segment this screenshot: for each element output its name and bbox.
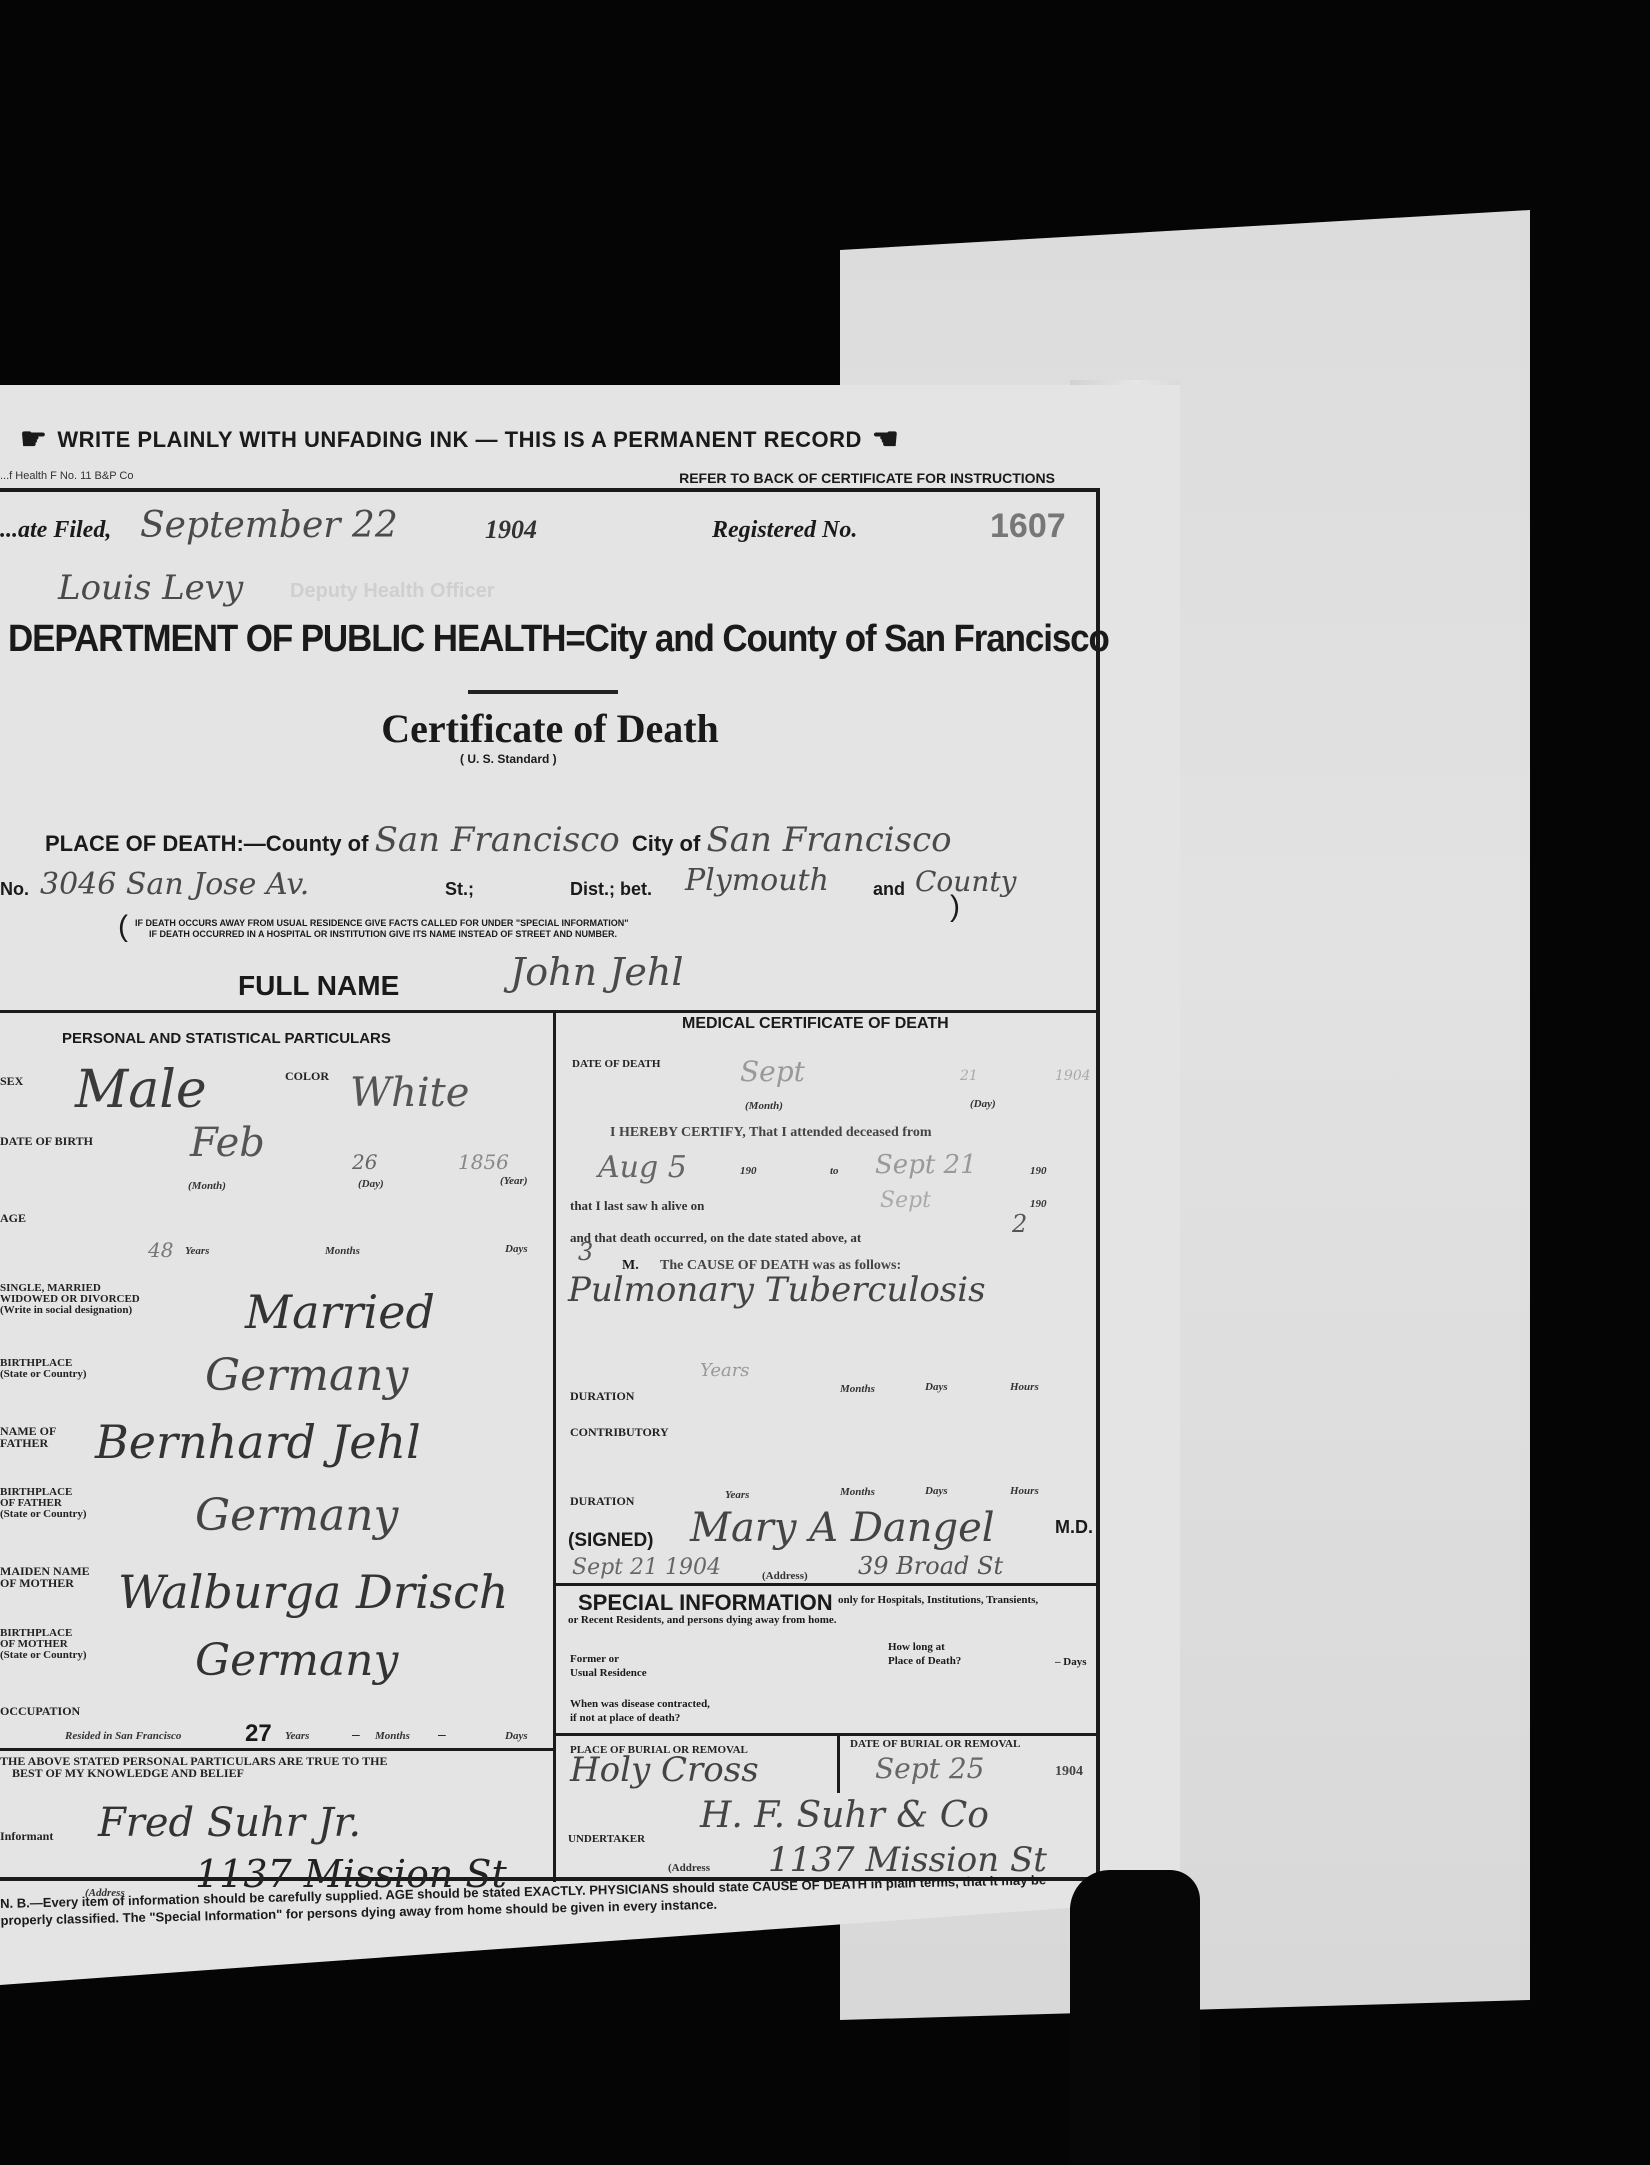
registered-label: Registered No.	[712, 517, 857, 544]
certify-text: I HEREBY CERTIFY, That I attended deceas…	[610, 1125, 932, 1141]
father-name-label: NAME OF FATHER	[0, 1425, 56, 1449]
department-title: DEPARTMENT OF PUBLIC HEALTH=City and Cou…	[8, 618, 1109, 661]
special-note-2: or Recent Residents, and persons dying a…	[568, 1614, 837, 1626]
special-note: only for Hospitals, Institutions, Transi…	[838, 1594, 1038, 1606]
city-label: City of	[632, 831, 700, 856]
physician-address-label: (Address)	[762, 1570, 808, 1582]
attended-to: Sept 21	[875, 1150, 977, 1180]
how-long-days: – Days	[1055, 1656, 1086, 1668]
death-occurred-text: and that death occurred, on the date sta…	[570, 1230, 861, 1246]
instruction-paren-right: )	[950, 890, 960, 924]
undertaker-label: UNDERTAKER	[568, 1833, 645, 1845]
duration-2-label: DURATION	[570, 1495, 634, 1507]
age-label: AGE	[0, 1212, 26, 1224]
attended-from-year-label: 190	[740, 1165, 757, 1177]
resided-months-caption: Months	[375, 1730, 410, 1742]
undertaker-value: H. F. Suhr & Co	[700, 1795, 989, 1836]
sex-value: Male	[75, 1060, 207, 1120]
death-hour: 2	[1012, 1210, 1027, 1238]
age-years-caption: Years	[185, 1245, 209, 1257]
title-rule	[468, 690, 618, 694]
refer-note: REFER TO BACK OF CERTIFICATE FOR INSTRUC…	[679, 470, 1055, 486]
burial-date-value: Sept 25	[875, 1752, 984, 1785]
instruction-paren-left: (	[118, 910, 128, 944]
sex-label: SEX	[0, 1075, 23, 1087]
father-name-value: Bernhard Jehl	[95, 1415, 421, 1469]
age-months-caption: Months	[325, 1245, 360, 1257]
age-days-caption: Days	[505, 1243, 528, 1255]
to-label: to	[830, 1165, 839, 1177]
date-filed-label: ...ate Filed,	[0, 517, 111, 544]
certificate-subtitle: ( U. S. Standard )	[460, 752, 557, 766]
duration-2-months-caption: Months	[840, 1486, 875, 1498]
sub-banner: ...f Health F No. 11 B&P Co REFER TO BAC…	[0, 468, 1080, 490]
color-value: White	[350, 1070, 469, 1116]
mother-birthplace-label: BIRTHPLACE OF MOTHER (State or Country)	[0, 1628, 87, 1661]
special-heading: SPECIAL INFORMATION	[578, 1590, 833, 1616]
duration-value: Years	[700, 1360, 750, 1381]
contracted-label: When was disease contracted, if not at p…	[570, 1697, 710, 1725]
county-value: San Francisco	[375, 820, 620, 860]
cause-of-death-value: Pulmonary Tuberculosis	[568, 1270, 986, 1310]
dob-label: DATE OF BIRTH	[0, 1135, 93, 1147]
residence-instructions: IF DEATH OCCURS AWAY FROM USUAL RESIDENC…	[135, 918, 629, 940]
dob-month-caption: (Month)	[188, 1180, 226, 1192]
resided-days-caption: Days	[505, 1730, 528, 1742]
city-value: San Francisco	[706, 820, 951, 860]
personal-heading: PERSONAL AND STATISTICAL PARTICULARS	[62, 1030, 391, 1047]
resided-months: –	[352, 1726, 360, 1742]
contributory-label: CONTRIBUTORY	[570, 1426, 669, 1438]
filed-by-signature: Louis Levy	[58, 568, 243, 608]
certificate-title: Certificate of Death	[360, 705, 740, 752]
burial-divider	[556, 1733, 1100, 1736]
dod-day: 21	[960, 1068, 978, 1084]
between-street-1: Plymouth	[685, 863, 829, 898]
age-years: 48	[148, 1238, 173, 1262]
resided-label: Resided in San Francisco	[65, 1730, 181, 1742]
between-street-2: County	[915, 865, 1016, 898]
death-hour-prefix: 3	[578, 1238, 593, 1266]
full-name-label: FULL NAME	[238, 970, 399, 1002]
burial-year: 1904	[1055, 1764, 1083, 1780]
dob-year: 1856	[458, 1150, 509, 1174]
dod-day-caption: (Day)	[970, 1098, 996, 1110]
district-label: Dist.; bet.	[570, 879, 652, 900]
physician-signature: Mary A Dangel	[690, 1505, 995, 1551]
resided-years-caption: Years	[285, 1730, 309, 1742]
street-label: St.;	[445, 879, 474, 900]
duration-months-caption: Months	[840, 1383, 875, 1395]
mother-name-label: MAIDEN NAME OF MOTHER	[0, 1565, 90, 1589]
duration-label: DURATION	[570, 1390, 634, 1402]
former-residence-label: Former or Usual Residence	[570, 1652, 647, 1680]
special-divider	[556, 1583, 1100, 1586]
dob-day: 26	[352, 1150, 377, 1174]
how-long-label: How long at Place of Death?	[888, 1640, 961, 1668]
informant-label: Informant	[0, 1830, 53, 1842]
attended-from: Aug 5	[598, 1150, 687, 1185]
duration-2-years-caption: Years	[725, 1489, 749, 1501]
dod-month: Sept	[740, 1055, 805, 1088]
signed-date: Sept 21 1904	[572, 1555, 721, 1580]
color-label: COLOR	[285, 1070, 329, 1082]
section-divider	[0, 1010, 1100, 1013]
dod-year: 1904	[1055, 1068, 1091, 1084]
marital-value: Married	[245, 1285, 435, 1339]
mother-birthplace-value: Germany	[195, 1635, 398, 1686]
date-filed-row: ...ate Filed, September 22 1904 Register…	[0, 505, 1090, 565]
dod-label: DATE OF DEATH	[572, 1058, 660, 1070]
pointing-hand-left-icon: ☚	[872, 425, 899, 455]
md-label: M.D.	[1055, 1517, 1093, 1538]
no-label: No.	[0, 879, 29, 900]
occupation-label: OCCUPATION	[0, 1705, 80, 1717]
resided-days: –	[438, 1726, 446, 1742]
physician-address-value: 39 Broad St	[858, 1552, 1003, 1580]
registered-number: 1607	[990, 507, 1066, 546]
duration-2-hours-caption: Hours	[1010, 1485, 1039, 1497]
street-address-value: 3046 San Jose Av.	[40, 867, 309, 902]
banner-text: WRITE PLAINLY WITH UNFADING INK — THIS I…	[57, 427, 862, 453]
resided-years: 27	[245, 1720, 272, 1748]
burial-column-divider	[837, 1733, 840, 1793]
date-filed-year: 1904	[485, 515, 537, 545]
duration-days-caption: Days	[925, 1381, 948, 1393]
last-saw-date: Sept	[880, 1188, 931, 1213]
dob-year-caption: (Year)	[500, 1175, 528, 1187]
place-of-death-row: PLACE OF DEATH:—County of San Francisco …	[45, 820, 952, 860]
shadow-obstruction	[1070, 1870, 1200, 2165]
address-row: No. 3046 San Jose Av. St.; Dist.; bet. P…	[0, 875, 1090, 915]
place-of-death-label: PLACE OF DEATH:—County of	[45, 831, 368, 856]
dod-month-caption: (Month)	[745, 1100, 783, 1112]
dob-day-caption: (Day)	[358, 1178, 384, 1190]
birthplace-value: Germany	[205, 1350, 408, 1401]
full-name-value: John Jehl	[510, 950, 684, 994]
footnote-prefix: N. B.—	[0, 1895, 43, 1911]
date-filed-value: September 22	[140, 505, 398, 546]
attestation-text: THE ABOVE STATED PERSONAL PARTICULARS AR…	[0, 1755, 387, 1779]
duration-2-days-caption: Days	[925, 1485, 948, 1497]
mother-name-value: Walburga Drisch	[118, 1565, 509, 1619]
print-code: ...f Health F No. 11 B&P Co	[0, 470, 134, 482]
filed-by-title: Deputy Health Officer	[290, 580, 494, 603]
form-frame	[0, 488, 1100, 1881]
father-birthplace-label: BIRTHPLACE OF FATHER (State or Country)	[0, 1487, 87, 1520]
instruction-line-2: IF DEATH OCCURRED IN A HOSPITAL OR INSTI…	[135, 929, 629, 940]
informant-value: Fred Suhr Jr.	[98, 1800, 361, 1846]
medical-heading: MEDICAL CERTIFICATE OF DEATH	[682, 1015, 949, 1033]
instruction-line-1: IF DEATH OCCURS AWAY FROM USUAL RESIDENC…	[135, 918, 629, 929]
last-saw-year-label: 190	[1030, 1198, 1047, 1210]
pointing-hand-icon: ☛	[20, 425, 47, 455]
marital-label: SINGLE, MARRIED WIDOWED OR DIVORCED (Wri…	[0, 1283, 140, 1316]
column-divider	[553, 1012, 556, 1882]
last-saw-text: that I last saw h alive on	[570, 1198, 704, 1214]
top-banner: ☛ WRITE PLAINLY WITH UNFADING INK — THIS…	[20, 420, 1060, 460]
burial-place-value: Holy Cross	[570, 1750, 759, 1790]
signed-label: (SIGNED)	[568, 1530, 654, 1552]
father-birthplace-value: Germany	[195, 1490, 398, 1541]
birthplace-label: BIRTHPLACE (State or Country)	[0, 1358, 87, 1380]
and-label: and	[873, 879, 905, 900]
undertaker-address-label: (Address	[668, 1862, 710, 1874]
attestation-divider	[0, 1748, 553, 1751]
burial-date-label: DATE of BURIAL or REMOVAL	[850, 1738, 1020, 1750]
attended-to-year-label: 190	[1030, 1165, 1047, 1177]
dob-month: Feb	[190, 1120, 265, 1166]
duration-hours-caption: Hours	[1010, 1381, 1039, 1393]
